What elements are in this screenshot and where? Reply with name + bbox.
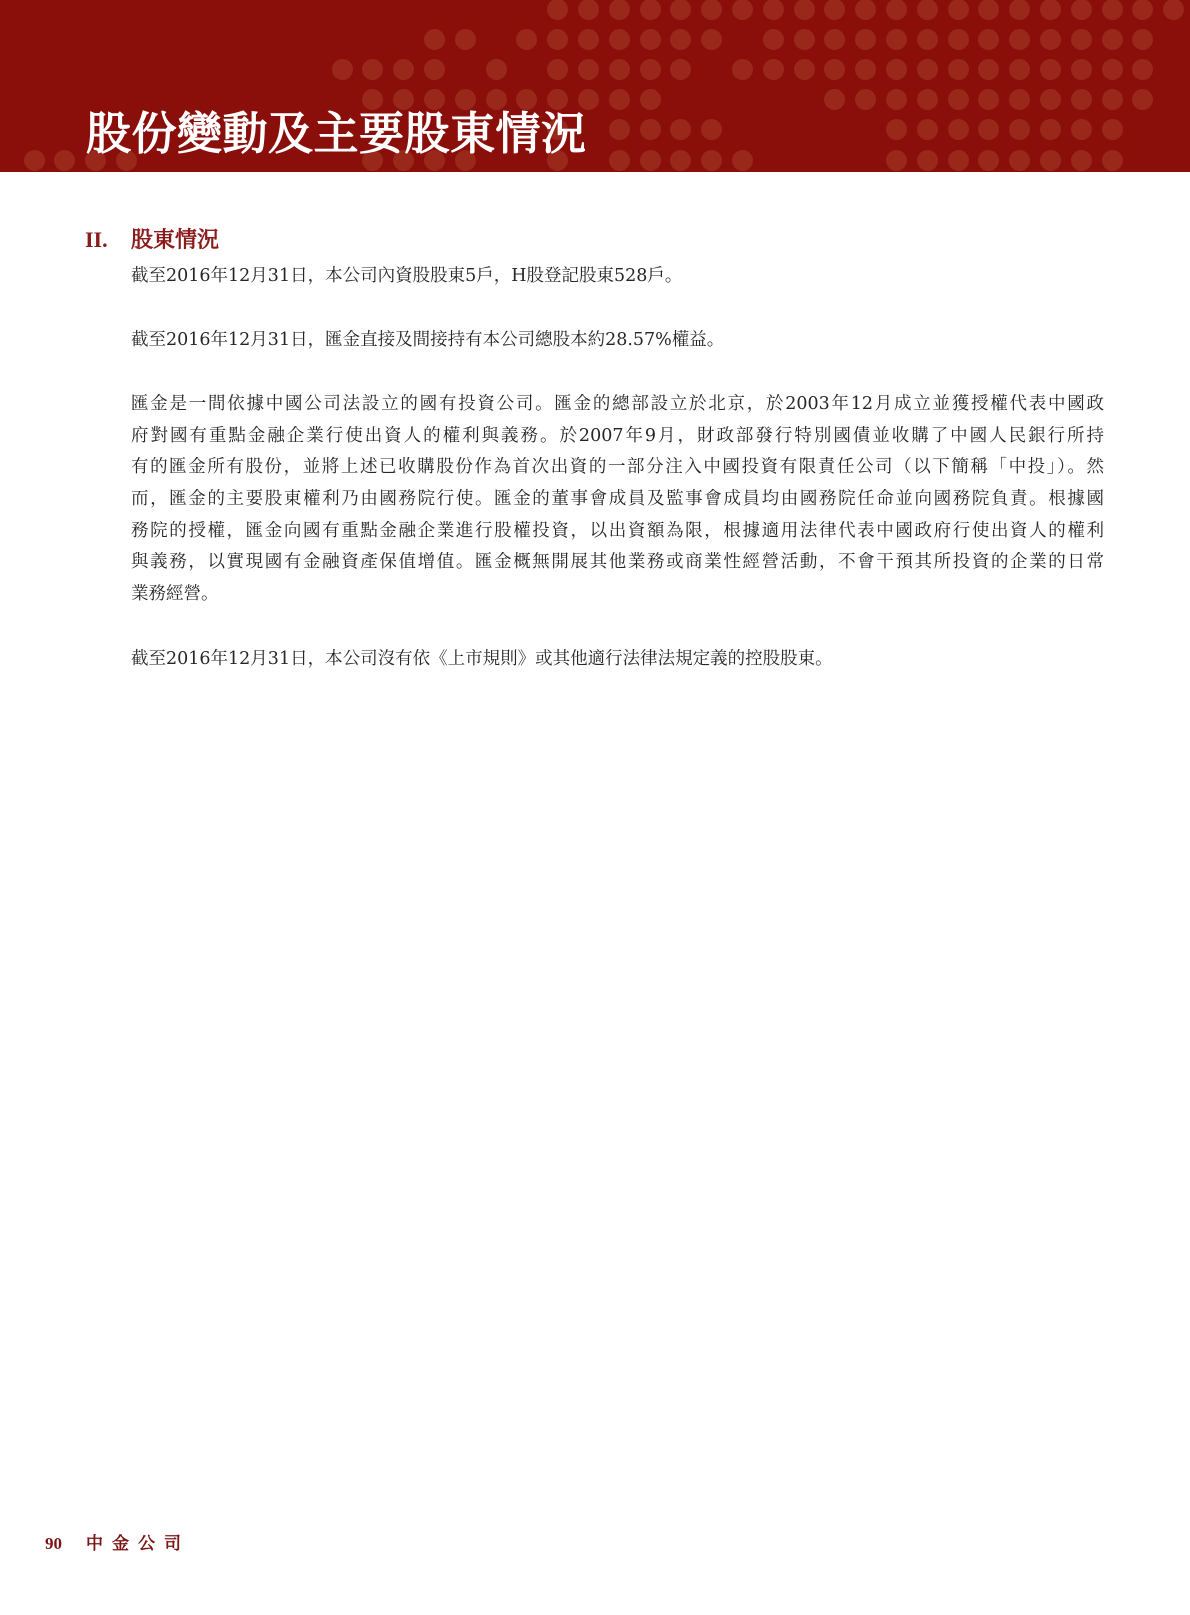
company-name: 中金公司 <box>86 1534 190 1554</box>
decorative-dot <box>948 0 969 20</box>
decorative-dot <box>1102 29 1123 50</box>
decorative-dot <box>1009 119 1030 140</box>
paragraph-line: 與義務，以實現國有金融資產保值增值。匯金概無開展其他業務或商業性經營活動，不會干… <box>131 547 1104 579</box>
paragraph-huijin-description: 匯金是一間依據中國公司法設立的國有投資公司。匯金的總部設立於北京，於2003年1… <box>131 389 1104 611</box>
decorative-dot <box>609 29 630 50</box>
decorative-dot <box>855 0 876 20</box>
paragraph-line: 匯金是一間依據中國公司法設立的國有投資公司。匯金的總部設立於北京，於2003年1… <box>131 389 1104 421</box>
decorative-dot <box>855 59 876 80</box>
decorative-dot <box>670 29 691 50</box>
decorative-dot <box>1009 150 1030 171</box>
decorative-dot <box>794 29 815 50</box>
decorative-dot <box>1132 29 1153 50</box>
decorative-dot <box>1040 59 1061 80</box>
decorative-dot <box>1163 0 1184 20</box>
decorative-dot <box>578 29 599 50</box>
decorative-dot <box>763 29 784 50</box>
section-number: II. <box>85 226 131 254</box>
decorative-dot <box>640 150 661 171</box>
decorative-dot <box>732 150 753 171</box>
decorative-dot <box>670 150 691 171</box>
decorative-dot <box>1040 119 1061 140</box>
decorative-dot <box>701 0 722 20</box>
decorative-dot <box>701 119 722 140</box>
decorative-dot <box>886 119 907 140</box>
decorative-dot <box>978 150 999 171</box>
decorative-dot <box>886 0 907 20</box>
decorative-dot <box>1009 59 1030 80</box>
decorative-dot <box>1132 0 1153 20</box>
paragraph-huijin-stake: 截至2016年12月31日，匯金直接及間接持有本公司總股本約28.57%權益。 <box>131 325 1104 357</box>
decorative-dot <box>516 29 537 50</box>
decorative-dot <box>1071 59 1092 80</box>
decorative-dot <box>670 119 691 140</box>
decorative-dot <box>917 59 938 80</box>
decorative-dot <box>670 0 691 20</box>
decorative-dot <box>763 59 784 80</box>
decorative-dot <box>609 0 630 20</box>
decorative-dot <box>1132 59 1153 80</box>
decorative-dot <box>794 0 815 20</box>
decorative-dot <box>424 29 445 50</box>
decorative-dot <box>362 59 383 80</box>
decorative-dot <box>1009 89 1030 110</box>
decorative-dot <box>1102 0 1123 20</box>
decorative-dot <box>24 150 45 171</box>
decorative-dot <box>1040 0 1061 20</box>
decorative-dot <box>609 89 630 110</box>
decorative-dot <box>578 0 599 20</box>
decorative-dot <box>855 29 876 50</box>
decorative-dot <box>948 119 969 140</box>
decorative-dot <box>886 29 907 50</box>
decorative-dot <box>917 29 938 50</box>
section-heading: II.股東情況 <box>85 226 219 254</box>
decorative-dot <box>640 119 661 140</box>
decorative-dot <box>486 59 507 80</box>
decorative-dot <box>978 59 999 80</box>
decorative-dot <box>948 59 969 80</box>
decorative-dot <box>701 29 722 50</box>
paragraph-line: 截至2016年12月31日，匯金直接及間接持有本公司總股本約28.57%權益。 <box>131 330 724 350</box>
decorative-dot <box>547 29 568 50</box>
decorative-dot <box>1132 89 1153 110</box>
decorative-dot <box>1040 29 1061 50</box>
decorative-dot <box>609 119 630 140</box>
paragraph-controlling-shareholder: 截至2016年12月31日，本公司沒有依《上市規則》或其他適行法律法規定義的控股… <box>131 644 1104 676</box>
paragraph-shareholder-count: 截至2016年12月31日，本公司內資股股東5戶，H股登記股東528戶。 <box>131 261 1104 293</box>
decorative-dot <box>1102 150 1123 171</box>
decorative-dot <box>640 89 661 110</box>
decorative-dot <box>424 59 445 80</box>
decorative-dot <box>855 89 876 110</box>
decorative-dot <box>547 59 568 80</box>
decorative-dot <box>1102 89 1123 110</box>
paragraph-line: 務院的授權，匯金向國有重點金融企業進行股權投資，以出資額為限，根據適用法律代表中… <box>131 516 1104 548</box>
paragraph-line: 業務經營。 <box>131 579 1104 611</box>
decorative-dot <box>917 119 938 140</box>
decorative-dot <box>609 150 630 171</box>
decorative-dot <box>732 0 753 20</box>
section-title: 股東情況 <box>131 227 219 253</box>
decorative-dot <box>917 150 938 171</box>
page-title: 股份變動及主要股東情況 <box>86 106 587 162</box>
decorative-dot <box>547 0 568 20</box>
decorative-dot <box>578 59 599 80</box>
decorative-dot <box>1040 150 1061 171</box>
decorative-dot <box>1102 59 1123 80</box>
decorative-dot <box>609 59 630 80</box>
paragraph-line: 截至2016年12月31日，本公司內資股股東5戶，H股登記股東528戶。 <box>131 266 682 286</box>
decorative-dot <box>640 59 661 80</box>
decorative-dot <box>1009 29 1030 50</box>
decorative-dot <box>824 0 845 20</box>
decorative-dot <box>1102 119 1123 140</box>
page-number: 90 <box>45 1534 86 1554</box>
decorative-dot <box>1071 0 1092 20</box>
paragraph-line: 有的匯金所有股份，並將上述已收購股份作為首次出資的一部分注入中國投資有限責任公司… <box>131 452 1104 484</box>
page-footer: 90中金公司 <box>45 1529 190 1554</box>
decorative-dot <box>1071 89 1092 110</box>
decorative-dot <box>794 59 815 80</box>
decorative-dot <box>1009 0 1030 20</box>
decorative-dot <box>393 59 414 80</box>
decorative-dot <box>54 150 75 171</box>
decorative-dot <box>455 29 476 50</box>
decorative-dot <box>670 59 691 80</box>
decorative-dot <box>886 89 907 110</box>
decorative-dot <box>917 0 938 20</box>
decorative-dot <box>732 59 753 80</box>
decorative-dot <box>1071 150 1092 171</box>
decorative-dot <box>1071 29 1092 50</box>
decorative-dot <box>332 59 353 80</box>
decorative-dot <box>640 29 661 50</box>
decorative-dot <box>824 59 845 80</box>
decorative-dot <box>948 29 969 50</box>
decorative-dot <box>978 89 999 110</box>
decorative-dot <box>701 150 722 171</box>
decorative-dot <box>978 0 999 20</box>
decorative-dot <box>1040 89 1061 110</box>
decorative-dot <box>948 89 969 110</box>
decorative-dot <box>640 0 661 20</box>
paragraph-line: 府對國有重點金融企業行使出資人的權利與義務。於2007年9月，財政部發行特別國債… <box>131 421 1104 453</box>
decorative-dot <box>824 29 845 50</box>
decorative-dot <box>978 29 999 50</box>
decorative-dot <box>978 119 999 140</box>
paragraph-line: 截至2016年12月31日，本公司沒有依《上市規則》或其他適行法律法規定義的控股… <box>131 649 833 669</box>
decorative-dot <box>886 150 907 171</box>
decorative-dot <box>948 150 969 171</box>
decorative-dot <box>917 89 938 110</box>
decorative-dot <box>763 0 784 20</box>
paragraph-line: 而，匯金的主要股東權利乃由國務院行使。匯金的董事會成員及監事會成員均由國務院任命… <box>131 484 1104 516</box>
header-banner: 股份變動及主要股東情況 <box>0 0 1190 172</box>
decorative-dot <box>824 89 845 110</box>
decorative-dot <box>1071 119 1092 140</box>
decorative-dot <box>886 59 907 80</box>
